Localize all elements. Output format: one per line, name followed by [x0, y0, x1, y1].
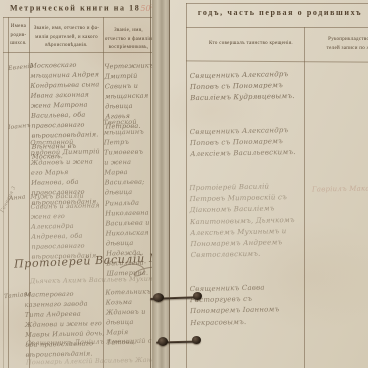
left-col1-rule [8, 17, 9, 368]
column-header-godparents: Званіе, имя, отчество и фамиліи воспріем… [104, 27, 153, 53]
binding-pin-1-right-head [193, 292, 202, 300]
baptizer-entry-1: Священникъ Александръ Поповъ съ Пономаре… [190, 69, 301, 105]
column-header-witnesses: Рукоприкладство свидѣ- телей записи по ж… [310, 36, 368, 53]
left-page-edge [150, 0, 151, 368]
child-name-2: Іоаннъ [8, 121, 31, 133]
faded-clergy-line-2: Пономарь Алексій Васильевъ Жандаровъ [26, 355, 158, 368]
left-table-top-rule [3, 17, 152, 18]
left-header-bottom-rule [3, 52, 152, 53]
right-titlebox-bottom-rule [186, 27, 368, 28]
left-page-title-text: Метрической книги на 18 [10, 4, 140, 13]
child-name-3: Анна [9, 192, 32, 204]
column-header-child-names: Имена родив- шихся. [8, 23, 29, 49]
binding-pin-2-right-head [192, 336, 201, 344]
child-name-1: Евгеній [8, 62, 31, 74]
column-header-baptizer: Кто совершалъ таинство крещенія. [196, 40, 306, 49]
right-header-bottom-rule [186, 60, 368, 62]
column-header-parents: Званіе, имя, отчество и фа- милія родите… [30, 25, 103, 51]
left-margin-rule [3, 17, 4, 368]
left-col2-rule [29, 17, 30, 368]
binding-pin-1-left-head [153, 293, 164, 302]
right-table-left-rule [186, 3, 187, 368]
right-page-title: годъ, часть первая о родившихъ [192, 8, 368, 17]
left-page: Метрической книги на 18502 Имена родив- … [0, 0, 153, 368]
right-titlebox-top-rule [186, 3, 368, 4]
right-col-divider-rule [304, 27, 305, 368]
parents-entry-4: Мастероваго казеннаго завода Тита Андрее… [24, 288, 105, 360]
right-page: годъ, часть первая о родившихъ Кто совер… [170, 0, 368, 368]
left-page-title: Метрической книги на 18502 [10, 3, 152, 13]
baptizer-entry-2: Священникъ Александръ Поповъ съ Пономаре… [190, 125, 301, 161]
left-col3-rule [103, 17, 104, 368]
metrical-book-scan: { "colors": { "paper": "#d8cfbd", "ink_h… [0, 0, 368, 368]
baptizer-entry-4: Священникъ Савва Расторгуевъ съ Пономаре… [190, 282, 301, 329]
left-page-edge-highlight [153, 0, 154, 368]
baptizer-entry-3: Протоіерей Василій Петровъ Митровскій съ… [189, 181, 303, 262]
ghost-bleedthrough-text: Гавріилъ Макаровъ [312, 183, 368, 195]
binding-pin-2-left-head [158, 337, 168, 346]
